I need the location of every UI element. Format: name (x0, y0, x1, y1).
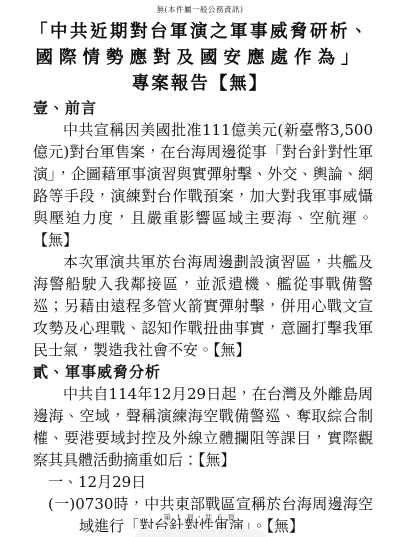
document-page: 無(本件屬一般公務資訊) 「中共近期對台軍演之軍事威脅研析、 國際情勢應對及國安… (0, 0, 400, 537)
section-heading-foreword: 壹、前言 (33, 97, 373, 119)
list-item-date-dec29: 一、12月29日 (48, 471, 373, 493)
classification-banner: 無(本件屬一般公務資訊) (0, 0, 400, 16)
footer-page-number: 第 1 頁，共 6 頁 (0, 512, 400, 523)
paragraph-foreword-1: 中共宣稱因美國批准111億美元(新臺幣3,500億元)對台軍售案，在台海周邊從事… (33, 119, 373, 251)
report-title-line3: 專案報告【無】 (0, 71, 400, 97)
viewer-toolbar-overlay (135, 529, 265, 537)
paragraph-foreword-2: 本次軍演共軍於台海周邊劃設演習區，共艦及海警船駛入我鄰接區，並派遣機、艦從事戰備… (33, 251, 373, 361)
report-title: 「中共近期對台軍演之軍事威脅研析、 國際情勢應對及國安應處作為」 專案報告【無】 (0, 19, 400, 97)
report-title-line2: 國際情勢應對及國安應處作為」 (0, 45, 400, 71)
paragraph-threat-analysis-1: 中共自114年12月29日起，在台灣及外離島周邊海、空域，聲稱演練海空戰備警巡、… (33, 383, 373, 471)
report-title-line1: 「中共近期對台軍演之軍事威脅研析、 (0, 19, 400, 45)
document-body: 壹、前言 中共宣稱因美國批准111億美元(新臺幣3,500億元)對台軍售案，在台… (33, 97, 373, 537)
section-heading-threat-analysis: 貳、軍事威脅分析 (33, 361, 373, 383)
